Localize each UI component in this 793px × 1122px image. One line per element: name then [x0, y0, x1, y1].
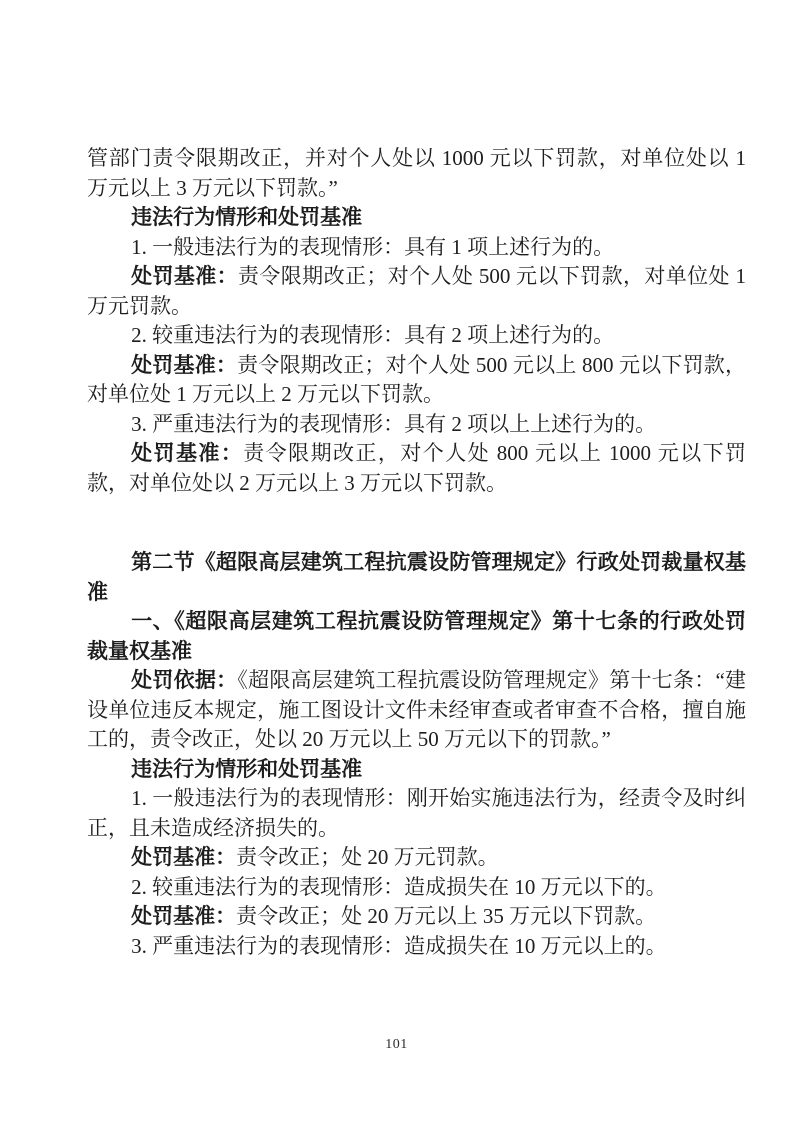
paragraph-lead: 处罚基准： [131, 264, 238, 288]
paragraph: 处罚基准：责令改正；处 20 万元以上 35 万元以下罚款。 [87, 902, 746, 932]
paragraph-lead: 处罚基准： [131, 904, 236, 928]
paragraph: 3. 严重违法行为的表现情形：具有 2 项以上上述行为的。 [87, 410, 746, 440]
page-footer: 101 [0, 1035, 793, 1053]
paragraph-text: 3. 严重违法行为的表现情形：具有 2 项以上上述行为的。 [131, 412, 656, 436]
paragraph: 处罚基准：责令限期改正；对个人处 500 元以下罚款，对单位处 1 万元罚款。 [87, 262, 746, 321]
heading: 一、《超限高层建筑工程抗震设防管理规定》第十七条的行政处罚裁量权基准 [87, 607, 746, 666]
paragraph-lead: 处罚基准： [131, 353, 237, 377]
paragraph: 处罚基准：责令限期改正；对个人处 500 元以上 800 元以下罚款，对单位处 … [87, 351, 746, 410]
paragraph: 管部门责令限期改正，并对个人处以 1000 元以下罚款，对单位处以 1 万元以上… [87, 144, 746, 203]
paragraph: 2. 较重违法行为的表现情形：造成损失在 10 万元以下的。 [87, 873, 746, 903]
paragraph: 2. 较重违法行为的表现情形：具有 2 项上述行为的。 [87, 321, 746, 351]
paragraph: 3. 严重违法行为的表现情形：造成损失在 10 万元以上的。 [87, 932, 746, 962]
paragraph-text: 管部门责令限期改正，并对个人处以 1000 元以下罚款，对单位处以 1 万元以上… [87, 146, 746, 200]
document-body: 管部门责令限期改正，并对个人处以 1000 元以下罚款，对单位处以 1 万元以上… [87, 144, 746, 961]
section-heading: 第二节《超限高层建筑工程抗震设防管理规定》行政处罚裁量权基准 [87, 548, 746, 607]
paragraph: 1. 一般违法行为的表现情形：具有 1 项上述行为的。 [87, 233, 746, 263]
paragraph-lead: 处罚基准： [131, 441, 243, 465]
heading: 违法行为情形和处罚基准 [87, 755, 746, 785]
paragraph-text: 2. 较重违法行为的表现情形：造成损失在 10 万元以下的。 [131, 875, 667, 899]
paragraph-text: 违法行为情形和处罚基准 [131, 757, 362, 781]
paragraph-text: 2. 较重违法行为的表现情形：具有 2 项上述行为的。 [131, 323, 614, 347]
paragraph-text: 第二节《超限高层建筑工程抗震设防管理规定》行政处罚裁量权基准 [87, 550, 746, 604]
paragraph-text: 3. 严重违法行为的表现情形：造成损失在 10 万元以上的。 [131, 934, 667, 958]
paragraph-text: 1. 一般违法行为的表现情形：具有 1 项上述行为的。 [131, 235, 614, 259]
paragraph-text: 责令改正；处 20 万元罚款。 [236, 845, 499, 869]
paragraph-lead: 处罚基准： [131, 845, 236, 869]
paragraph: 处罚基准：责令限期改正，对个人处 800 元以上 1000 元以下罚款，对单位处… [87, 439, 746, 498]
document-page: 管部门责令限期改正，并对个人处以 1000 元以下罚款，对单位处以 1 万元以上… [0, 0, 793, 1122]
page-number: 101 [385, 1037, 408, 1052]
paragraph-text: 责令改正；处 20 万元以上 35 万元以下罚款。 [236, 904, 656, 928]
heading: 违法行为情形和处罚基准 [87, 203, 746, 233]
paragraph-text: 一、《超限高层建筑工程抗震设防管理规定》第十七条的行政处罚裁量权基准 [87, 609, 746, 663]
paragraph: 处罚基准：责令改正；处 20 万元罚款。 [87, 843, 746, 873]
paragraph-lead: 处罚依据： [131, 668, 237, 692]
paragraph: 1. 一般违法行为的表现情形：刚开始实施违法行为，经责令及时纠正，且未造成经济损… [87, 784, 746, 843]
paragraph-text: 违法行为情形和处罚基准 [131, 205, 362, 229]
paragraph: 处罚依据：《超限高层建筑工程抗震设防管理规定》第十七条：“建设单位违反本规定，施… [87, 666, 746, 755]
paragraph-text: 1. 一般违法行为的表现情形：刚开始实施违法行为，经责令及时纠正，且未造成经济损… [87, 786, 746, 840]
